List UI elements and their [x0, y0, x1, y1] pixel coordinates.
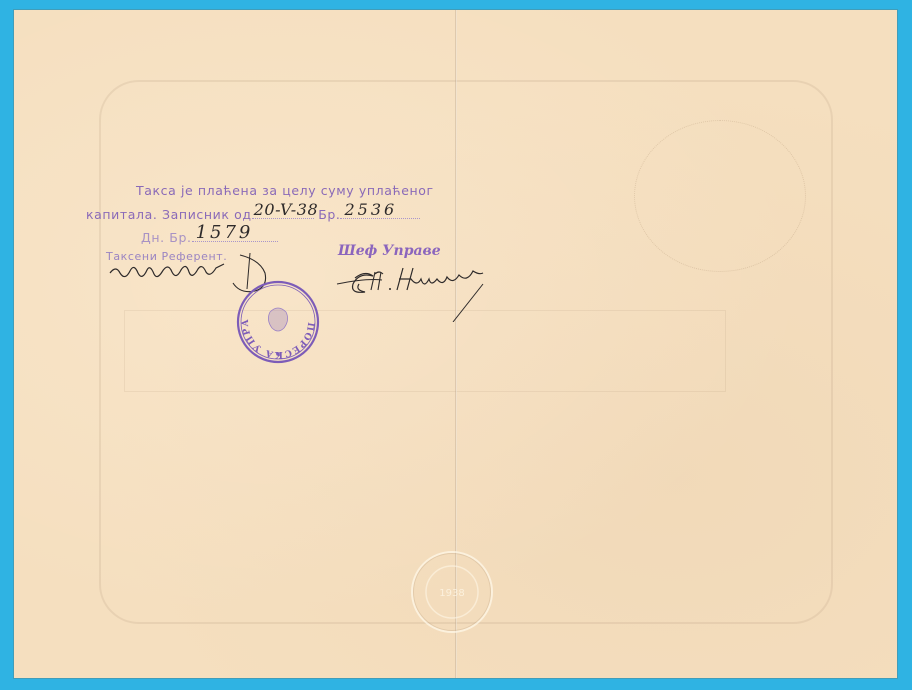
- record-line: капитала. Записник од20-V-38 Бр.2536: [86, 206, 420, 222]
- record-date: 20-V-38: [254, 200, 319, 219]
- embossed-seal: 1938: [400, 540, 504, 644]
- journal-line: Дн. Бр.1579: [141, 229, 278, 245]
- number-label: Бр.: [318, 207, 340, 222]
- chief-label: Шеф Управе: [338, 243, 441, 259]
- tax-office-stamp: ПОРЕСКА УПРАВА У ЗЕМУНУ: [226, 270, 330, 374]
- show-through-panel: [124, 310, 726, 392]
- record-number: 2536: [344, 200, 397, 219]
- svg-text:1938: 1938: [439, 588, 464, 599]
- journal-label: Дн. Бр.: [141, 230, 192, 245]
- record-label: капитала. Записник од: [86, 207, 252, 222]
- chief-signature: [335, 262, 510, 322]
- show-through-arc: [634, 120, 806, 272]
- tax-paid-line: Такса је плаћена за целу суму уплаћеног: [136, 183, 434, 198]
- tax-paid-text: Такса је плаћена за целу суму уплаћеног: [136, 183, 434, 198]
- journal-number: 1579: [196, 222, 254, 243]
